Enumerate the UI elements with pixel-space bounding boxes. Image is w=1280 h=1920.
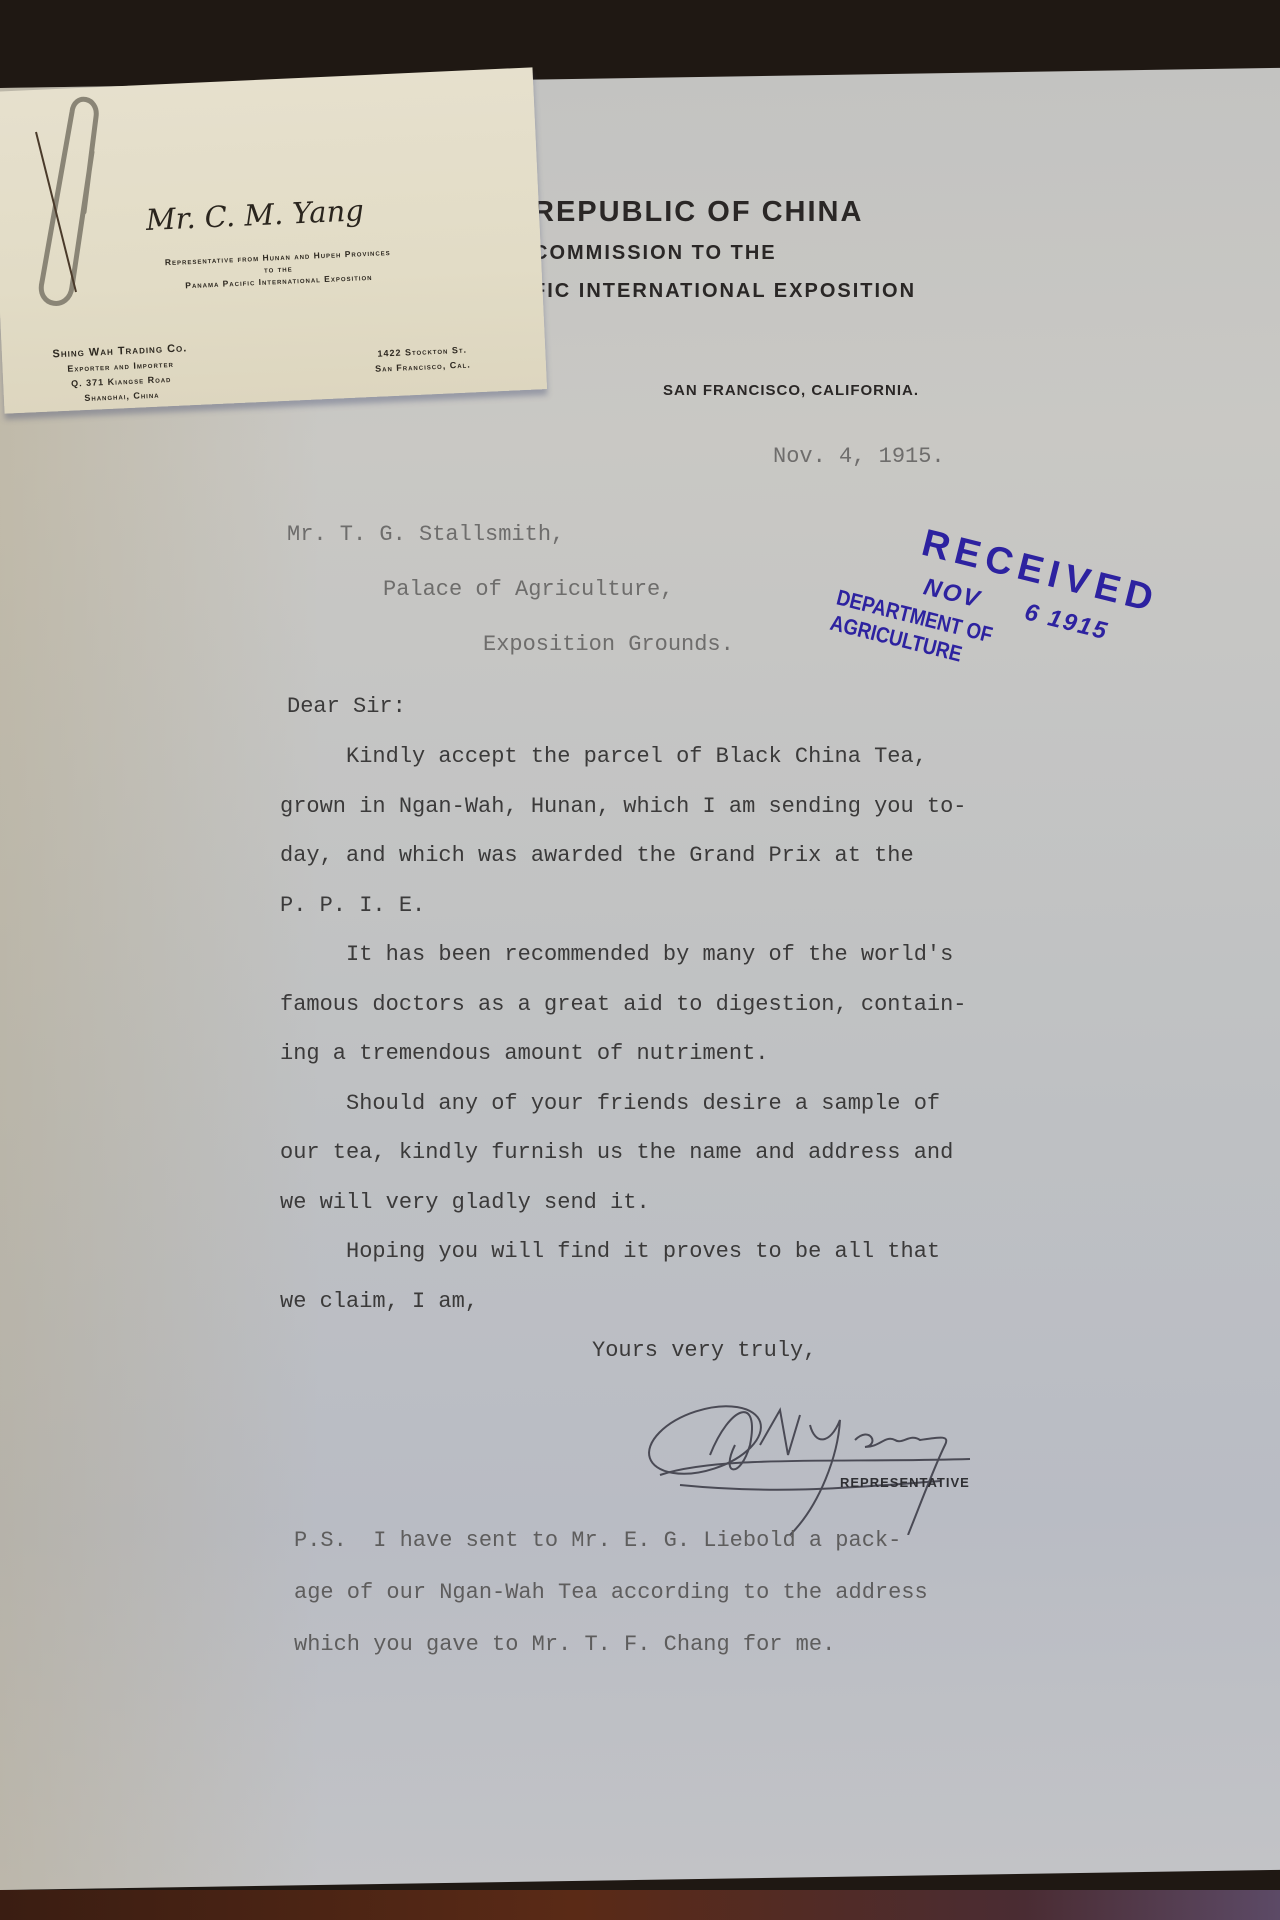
recipient-building: Palace of Agriculture, [383, 577, 673, 602]
body-line: P. P. I. E. [280, 893, 425, 918]
letterhead-exposition: FIC INTERNATIONAL EXPOSITION [533, 280, 916, 303]
recipient-name: Mr. T. G. Stallsmith, [287, 522, 564, 547]
card-title: Representative from Hunan and Hupeh Prov… [68, 242, 489, 297]
closing: Yours very truly, [592, 1338, 816, 1363]
body-line: we claim, I am, [280, 1289, 478, 1314]
body-line: grown in Ngan-Wah, Hunan, which I am sen… [280, 794, 967, 819]
body-line: Kindly accept the parcel of Black China … [280, 744, 927, 769]
card-name: Mr. C. M. Yang [145, 189, 466, 237]
card-address: 1422 Stockton St. San Francisco, Cal. [332, 341, 513, 379]
paperclip-icon [14, 92, 104, 312]
signature-title: REPRESENTATIVE [840, 1475, 970, 1490]
postscript-line: which you gave to Mr. T. F. Chang for me… [294, 1632, 835, 1657]
postscript-line: P.S. I have sent to Mr. E. G. Liebold a … [294, 1528, 901, 1553]
letterhead-subtitle: COMMISSION TO THE [533, 242, 777, 265]
body-line: we will very gladly send it. [280, 1190, 650, 1215]
recipient-location: Exposition Grounds. [483, 632, 734, 657]
table-surface [0, 1890, 1280, 1920]
salutation: Dear Sir: [287, 694, 406, 719]
body-line: It has been recommended by many of the w… [280, 942, 953, 967]
body-line: Should any of your friends desire a samp… [280, 1091, 940, 1116]
letterhead-title: REPUBLIC OF CHINA [533, 196, 863, 229]
postscript-line: age of our Ngan-Wah Tea according to the… [294, 1580, 928, 1605]
body-line: our tea, kindly furnish us the name and … [280, 1140, 953, 1165]
body-line: Hoping you will find it proves to be all… [280, 1239, 940, 1264]
letterhead-city: SAN FRANCISCO, CALIFORNIA. [663, 382, 919, 399]
body-line: famous doctors as a great aid to digesti… [280, 992, 967, 1017]
letter-date: Nov. 4, 1915. [773, 444, 945, 469]
card-company: Shing Wah Trading Co. Exporter and Impor… [20, 340, 223, 409]
signature [640, 1385, 1000, 1535]
body-line: day, and which was awarded the Grand Pri… [280, 843, 914, 868]
body-line: ing a tremendous amount of nutriment. [280, 1041, 768, 1066]
